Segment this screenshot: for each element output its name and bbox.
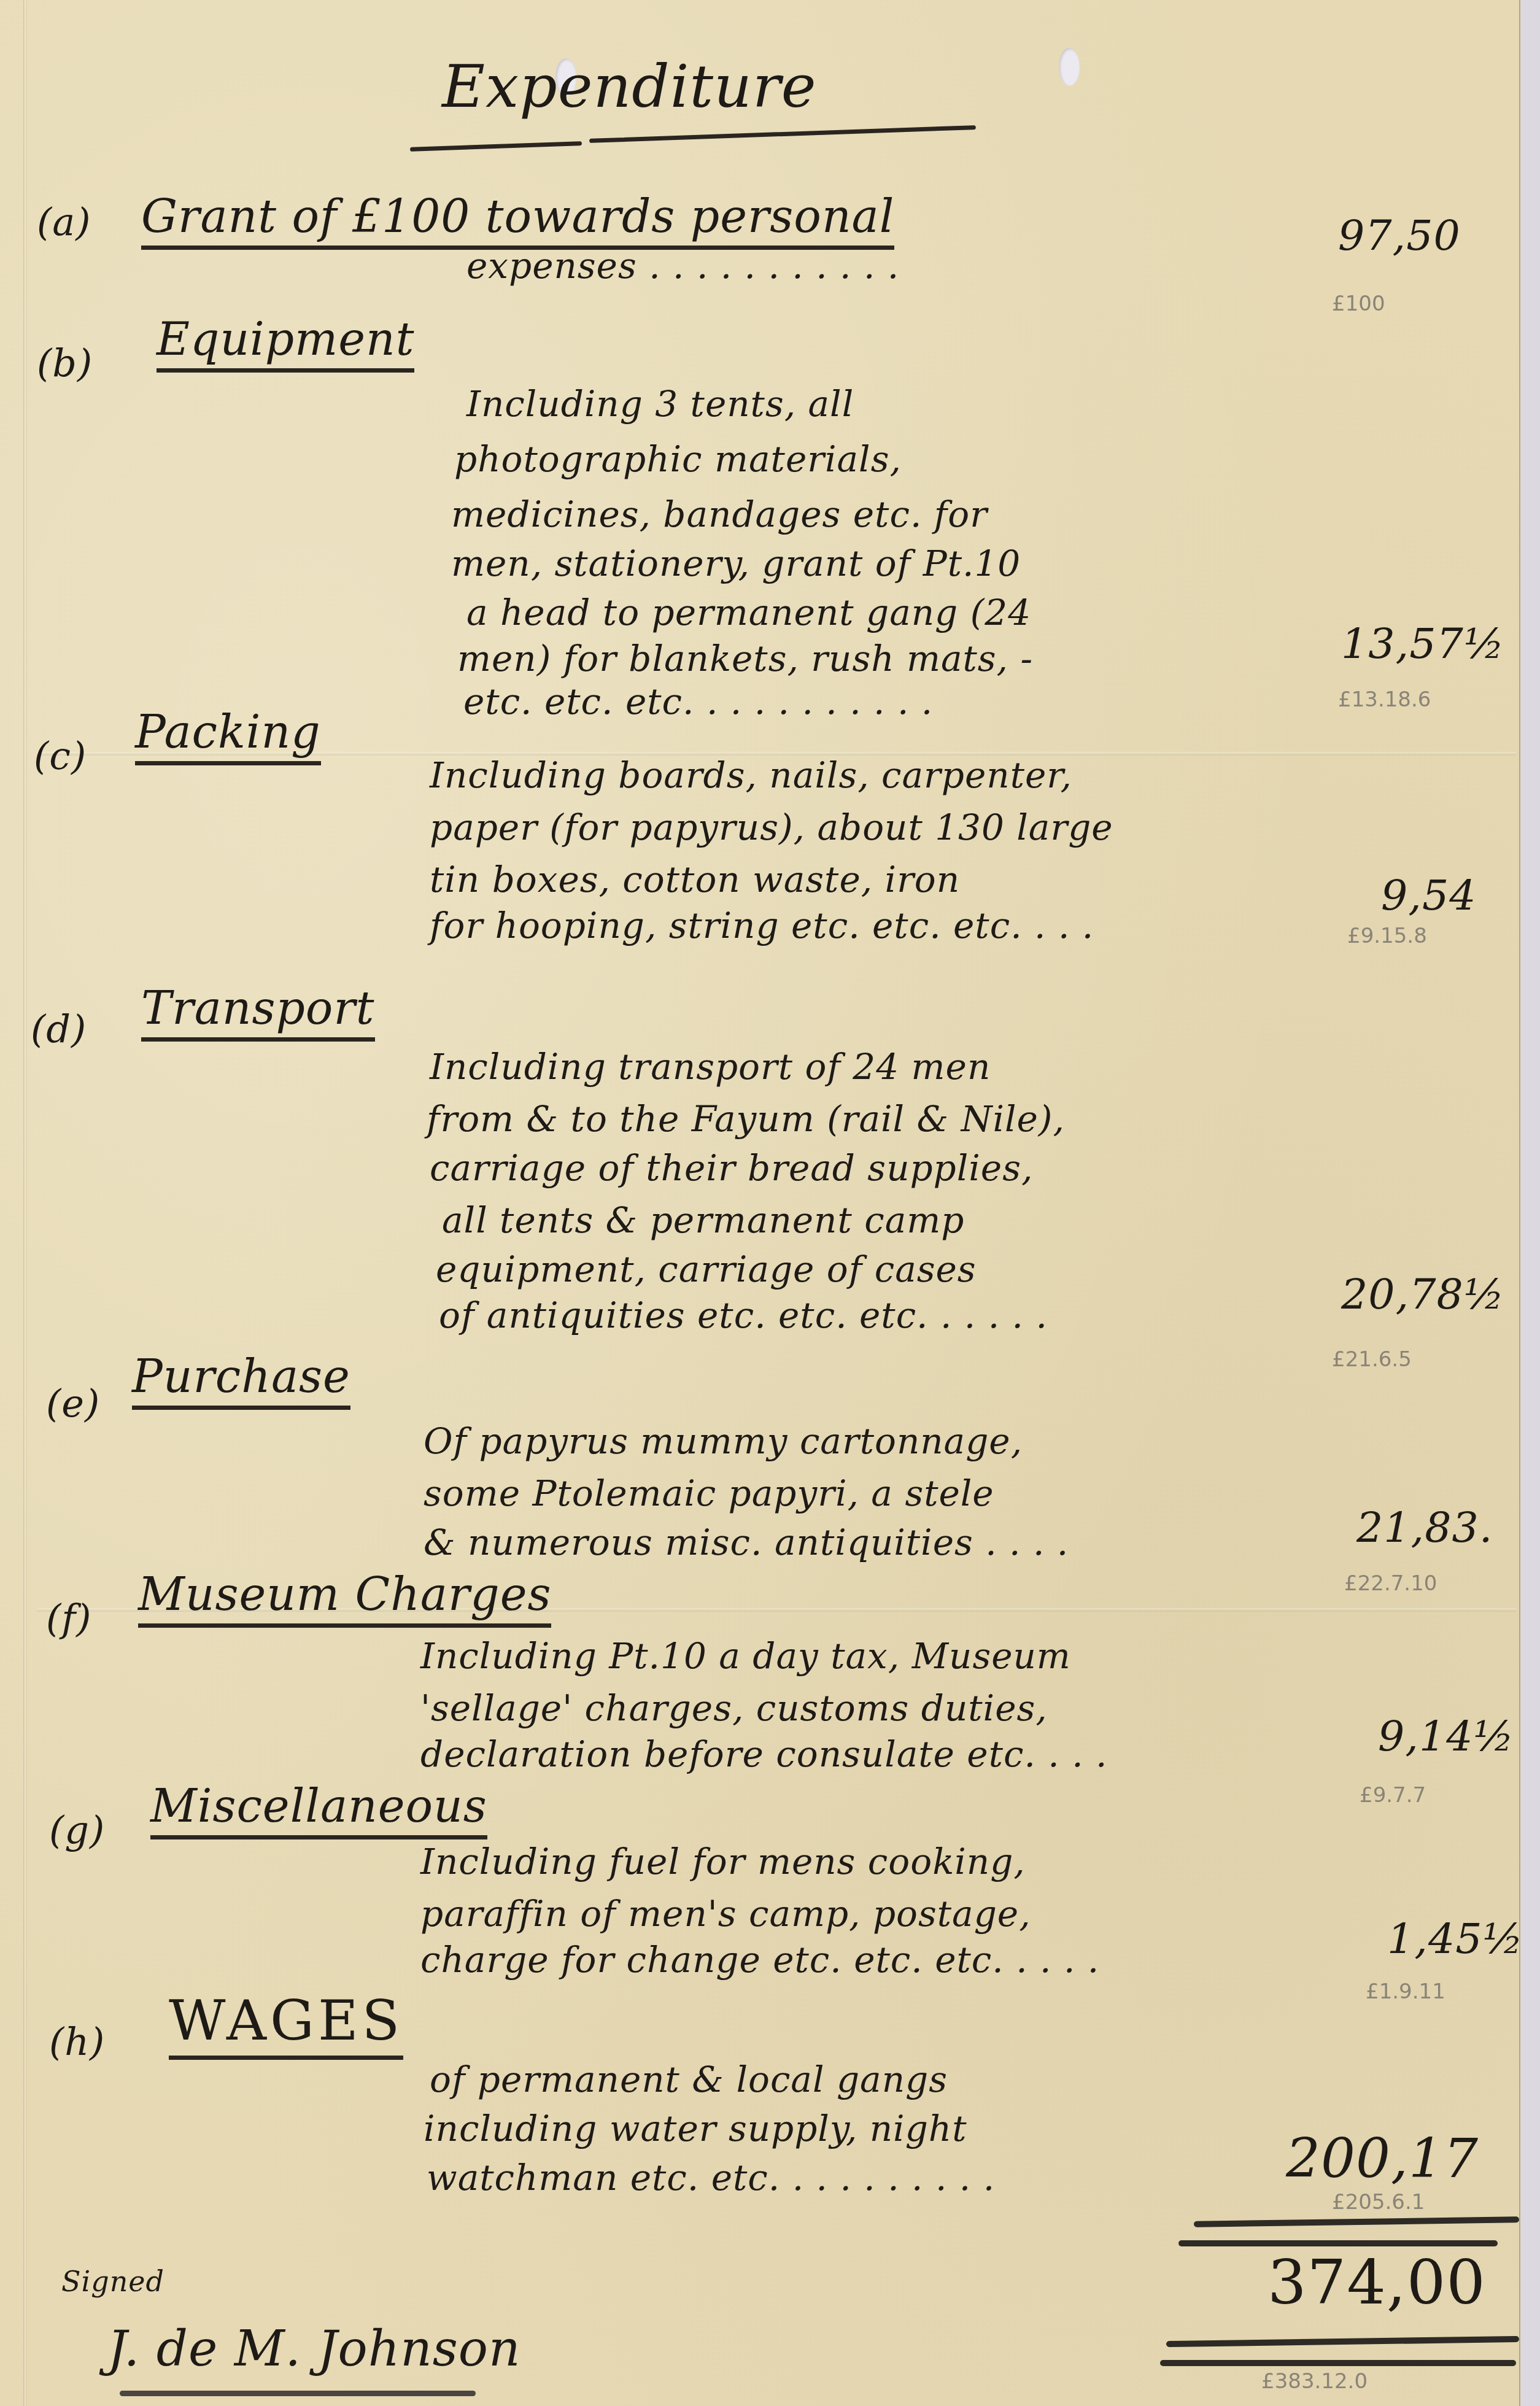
item-amount: 20,78½ <box>1341 1271 1505 1319</box>
double-rule <box>1160 2360 1516 2366</box>
title-underline <box>589 125 976 143</box>
item-label: (c) <box>34 733 87 778</box>
punch-hole <box>1059 48 1080 86</box>
item-label: (e) <box>46 1381 100 1426</box>
item-description-line: declaration before consulate etc. . . . <box>420 1725 1108 1784</box>
item-description-line: charge for change etc. etc. etc. . . . . <box>420 1930 1099 1989</box>
item-description-line: etc. etc. etc. . . . . . . . . . . <box>463 672 933 731</box>
pencil-annotation: £13.18.6 <box>1338 687 1431 712</box>
item-description-line: Including boards, nails, carpenter, <box>430 746 1072 805</box>
paper-fold <box>23 0 27 2406</box>
item-description-line: & numerous misc. antiquities . . . . <box>424 1513 1069 1572</box>
item-description-line: of antiquities etc. etc. etc. . . . . . <box>439 1286 1048 1345</box>
signed-label: Signed <box>61 2265 164 2298</box>
pencil-annotation: £9.15.8 <box>1347 924 1427 948</box>
item-description-line: watchman etc. etc. . . . . . . . . . <box>427 2148 995 2207</box>
item-description-line: Of papyrus mummy cartonnage, <box>424 1412 1023 1471</box>
item-description-line: Including transport of 24 men <box>430 1037 991 1096</box>
signature-name: J. de M. Johnson <box>107 2320 521 2377</box>
item-label: (g) <box>49 1808 105 1852</box>
double-rule <box>1178 2240 1498 2246</box>
title-underline <box>410 141 582 152</box>
pencil-annotation: £100 <box>1332 292 1385 316</box>
item-amount: 9,14½ <box>1378 1712 1514 1761</box>
item-description-line: for hooping, string etc. etc. etc. . . . <box>430 896 1094 955</box>
double-rule <box>1166 2336 1519 2347</box>
item-description-line: paper (for papyrus), about 130 large <box>430 798 1113 857</box>
item-label: (b) <box>37 341 93 385</box>
pencil-annotation: £383.12.0 <box>1261 2369 1368 2394</box>
double-rule <box>1194 2216 1519 2227</box>
pencil-annotation: £22.7.10 <box>1344 1571 1437 1596</box>
item-amount: 97,50 <box>1338 212 1461 260</box>
item-label: (d) <box>31 1007 87 1051</box>
item-amount: 13,57½ <box>1341 620 1505 668</box>
item-description-line: Including Pt.10 a day tax, Museum <box>420 1627 1071 1685</box>
item-heading: Equipment <box>157 313 414 373</box>
item-label: (f) <box>46 1596 91 1641</box>
pencil-annotation: £205.6.1 <box>1332 2190 1425 2215</box>
total-amount: 374,00 <box>1267 2246 1486 2318</box>
item-amount: 9,54 <box>1381 872 1476 920</box>
document-page: Expenditure (a) Grant of £100 towards pe… <box>0 0 1520 2406</box>
item-description-line: Including 3 tents, all <box>466 374 854 433</box>
item-description-line: carriage of their bread supplies, <box>430 1139 1033 1197</box>
item-description-line: Including fuel for mens cooking, <box>420 1832 1026 1891</box>
item-description-line: expenses . . . . . . . . . . . <box>466 236 899 295</box>
item-heading: WAGES <box>169 1989 403 2060</box>
item-amount: 1,45½ <box>1387 1915 1523 1963</box>
item-description-line: photographic materials, <box>454 430 902 489</box>
pencil-annotation: £9.7.7 <box>1360 1783 1426 1808</box>
item-amount: 200,17 <box>1286 2127 1479 2190</box>
item-label: (h) <box>49 2019 105 2064</box>
item-amount: 21,83. <box>1356 1504 1493 1552</box>
pencil-annotation: £21.6.5 <box>1332 1347 1412 1372</box>
item-heading: Miscellaneous <box>150 1780 487 1839</box>
item-heading: Purchase <box>132 1350 350 1410</box>
item-label: (a) <box>37 199 91 244</box>
page-title: Expenditure <box>442 52 817 121</box>
signature-underline <box>120 2391 476 2396</box>
item-heading: Museum Charges <box>138 1568 551 1628</box>
pencil-annotation: £1.9.11 <box>1366 1979 1445 2004</box>
item-heading: Transport <box>141 982 375 1042</box>
item-heading: Packing <box>135 706 321 765</box>
